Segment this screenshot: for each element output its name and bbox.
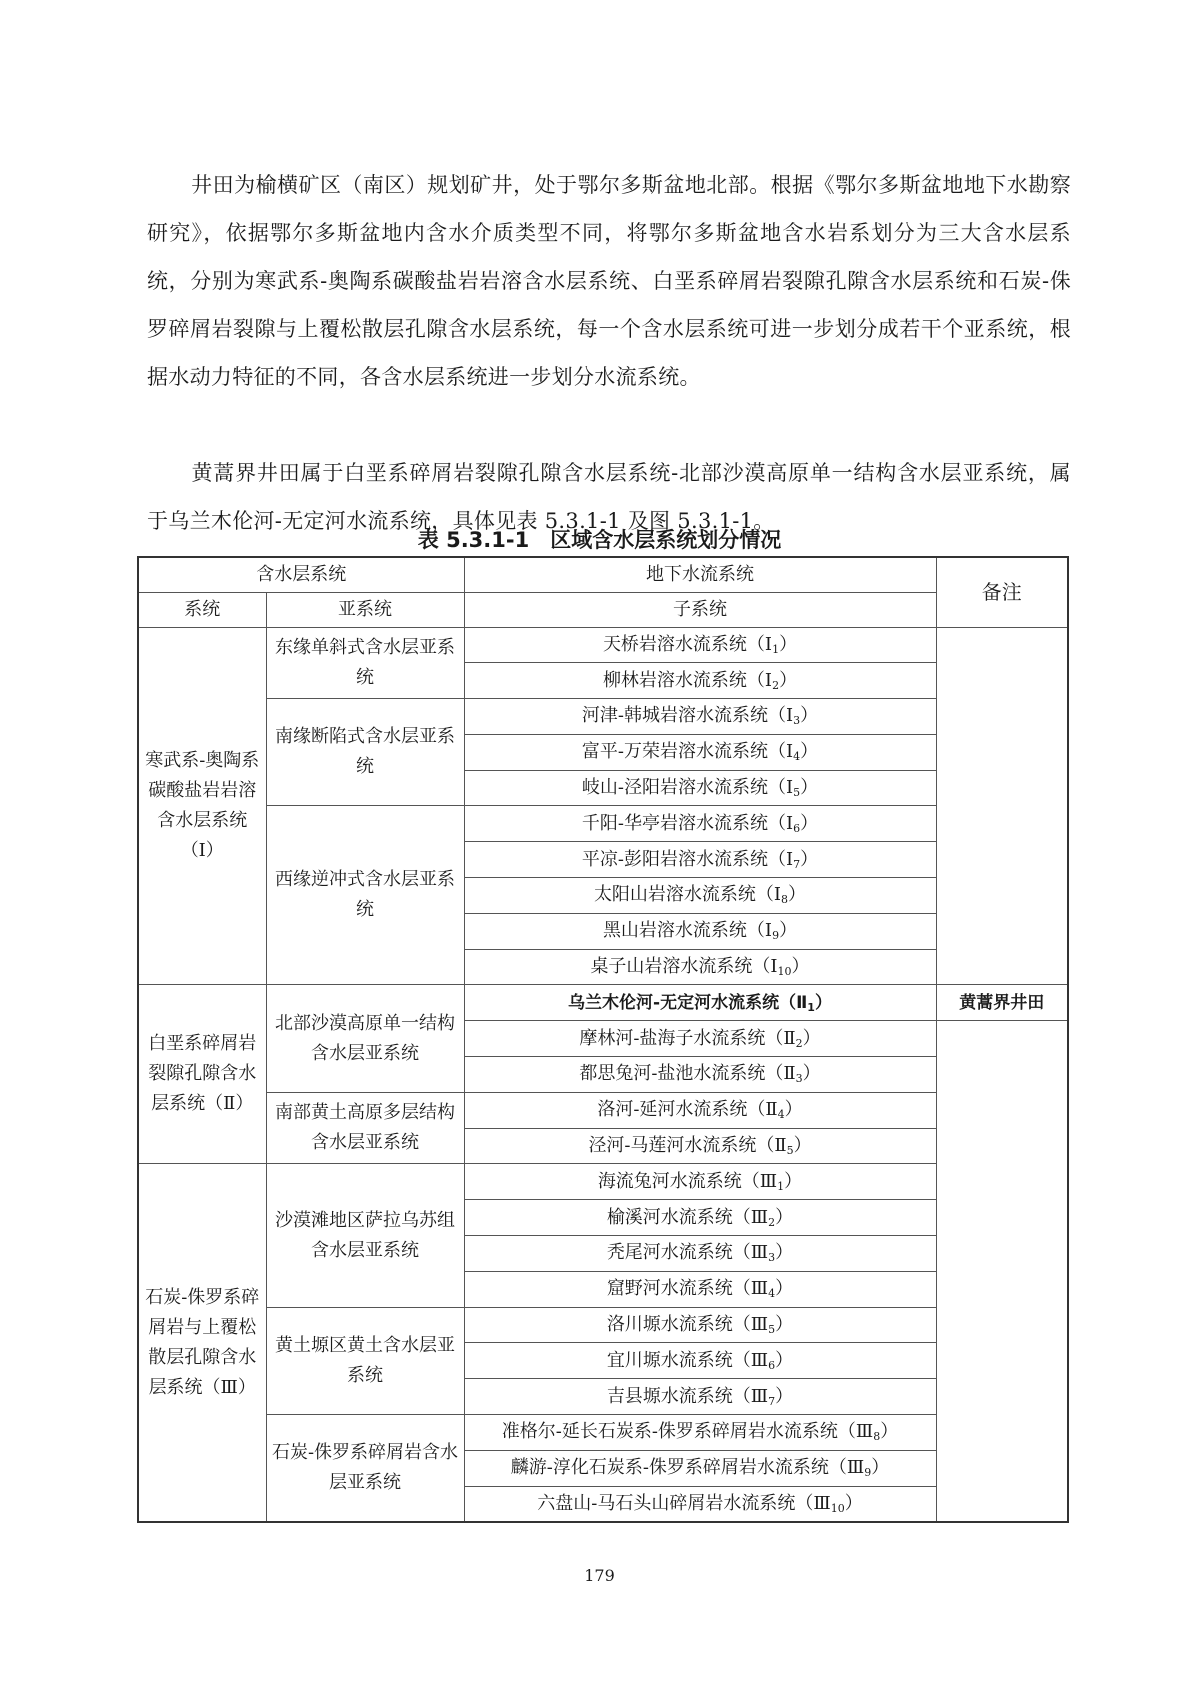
flow-system-index: 3 bbox=[796, 1072, 803, 1085]
aquifer-system-table: 含水层系统 地下水流系统 备注 系统 亚系统 子系统 寒武系-奥陶系碳酸盐岩岩溶… bbox=[137, 556, 1069, 1523]
flow-system-cell: 准格尔-延长石炭系-侏罗系碎屑岩水流系统（Ⅲ8） bbox=[464, 1415, 936, 1451]
flow-system-close: ） bbox=[800, 705, 818, 726]
subsystem-cell: 北部沙漠高原单一结构含水层亚系统 bbox=[266, 985, 464, 1092]
header-aquifer-system: 含水层系统 bbox=[138, 557, 464, 592]
flow-system-cell: 洛河-延河水流系统（Ⅱ4） bbox=[464, 1092, 936, 1128]
flow-system-close: ） bbox=[880, 1421, 898, 1442]
table-row: 西缘逆冲式含水层亚系统千阳-华亭岩溶水流系统（Ⅰ6） bbox=[138, 806, 1068, 842]
paragraph-1: 井田为榆横矿区（南区）规划矿井，处于鄂尔多斯盆地北部。根据《鄂尔多斯盆地地下水勘… bbox=[147, 161, 1071, 401]
flow-system-close: ） bbox=[792, 956, 810, 977]
system-cell: 寒武系-奥陶系碳酸盐岩岩溶含水层系统（Ⅰ） bbox=[138, 627, 266, 985]
flow-system-name: 乌兰木伦河-无定河水流系统（Ⅱ bbox=[568, 993, 807, 1013]
flow-system-name: 洛河-延河水流系统（Ⅱ bbox=[597, 1099, 777, 1120]
flow-system-name: 岐山-泾阳岩溶水流系统（Ⅰ bbox=[582, 777, 793, 798]
flow-system-name: 太阳山岩溶水流系统（Ⅰ bbox=[594, 884, 781, 905]
flow-system-name: 千阳-华亭岩溶水流系统（Ⅰ bbox=[582, 813, 793, 834]
flow-system-cell: 岐山-泾阳岩溶水流系统（Ⅰ5） bbox=[464, 770, 936, 806]
flow-system-cell: 柳林岩溶水流系统（Ⅰ2） bbox=[464, 663, 936, 699]
table-row: 南部黄土高原多层结构含水层亚系统洛河-延河水流系统（Ⅱ4） bbox=[138, 1092, 1068, 1128]
flow-system-name: 黑山岩溶水流系统（Ⅰ bbox=[603, 920, 772, 941]
flow-system-index: 10 bbox=[778, 965, 792, 978]
paragraph-2-text: 黄蒿界井田属于白垩系碎屑岩裂隙孔隙含水层系统-北部沙漠高原单一结构含水层亚系统，… bbox=[147, 461, 1071, 533]
table-row: 白垩系碎屑岩裂隙孔隙含水层系统（Ⅱ）北部沙漠高原单一结构含水层亚系统乌兰木伦河-… bbox=[138, 985, 1068, 1021]
flow-system-cell: 摩林河-盐海子水流系统（Ⅱ2） bbox=[464, 1021, 936, 1057]
flow-system-close: ） bbox=[800, 777, 818, 798]
flow-system-close: ） bbox=[794, 1135, 812, 1156]
subsystem-cell: 南部黄土高原多层结构含水层亚系统 bbox=[266, 1092, 464, 1164]
table-row: 南缘断陷式含水层亚系统河津-韩城岩溶水流系统（Ⅰ3） bbox=[138, 699, 1068, 735]
flow-system-name: 平凉-彭阳岩溶水流系统（Ⅰ bbox=[582, 849, 793, 870]
subsystem-cell: 黄土塬区黄土含水层亚系统 bbox=[266, 1307, 464, 1414]
flow-system-index: 10 bbox=[831, 1502, 845, 1515]
flow-system-cell: 桌子山岩溶水流系统（Ⅰ10） bbox=[464, 949, 936, 985]
subsystem-cell: 西缘逆冲式含水层亚系统 bbox=[266, 806, 464, 985]
flow-system-close: ） bbox=[779, 920, 797, 941]
flow-system-name: 天桥岩溶水流系统（Ⅰ bbox=[603, 634, 772, 655]
flow-system-close: ） bbox=[779, 670, 797, 691]
flow-system-cell: 宜川塬水流系统（Ⅲ6） bbox=[464, 1343, 936, 1379]
table-row: 石炭-侏罗系碎屑岩含水层亚系统准格尔-延长石炭系-侏罗系碎屑岩水流系统（Ⅲ8） bbox=[138, 1415, 1068, 1451]
flow-system-index: 9 bbox=[772, 929, 779, 942]
flow-system-close: ） bbox=[784, 1171, 802, 1192]
flow-system-close: ） bbox=[800, 741, 818, 762]
flow-system-close: ） bbox=[775, 1350, 793, 1371]
flow-system-cell: 乌兰木伦河-无定河水流系统（Ⅱ1） bbox=[464, 985, 936, 1021]
header-system: 系统 bbox=[138, 592, 266, 627]
system-cell: 白垩系碎屑岩裂隙孔隙含水层系统（Ⅱ） bbox=[138, 985, 266, 1164]
flow-system-cell: 泾河-马莲河水流系统（Ⅱ5） bbox=[464, 1128, 936, 1164]
flow-system-cell: 麟游-淳化石炭系-侏罗系碎屑岩水流系统（Ⅲ9） bbox=[464, 1450, 936, 1486]
subsystem-cell: 石炭-侏罗系碎屑岩含水层亚系统 bbox=[266, 1415, 464, 1522]
flow-system-index: 1 bbox=[772, 643, 779, 656]
flow-system-cell: 窟野河水流系统（Ⅲ4） bbox=[464, 1271, 936, 1307]
flow-system-cell: 洛川塬水流系统（Ⅲ5） bbox=[464, 1307, 936, 1343]
flow-system-name: 摩林河-盐海子水流系统（Ⅱ bbox=[579, 1028, 795, 1049]
table-row: 寒武系-奥陶系碳酸盐岩岩溶含水层系统（Ⅰ）东缘单斜式含水层亚系统天桥岩溶水流系统… bbox=[138, 627, 1068, 663]
flow-system-name: 秃尾河水流系统（Ⅲ bbox=[607, 1242, 768, 1263]
flow-system-cell: 吉县塬水流系统（Ⅲ7） bbox=[464, 1379, 936, 1415]
flow-system-cell: 天桥岩溶水流系统（Ⅰ1） bbox=[464, 627, 936, 663]
flow-system-index: 1 bbox=[807, 1001, 815, 1014]
flow-system-close: ） bbox=[775, 1278, 793, 1299]
flow-system-close: ） bbox=[775, 1314, 793, 1335]
flow-system-name: 桌子山岩溶水流系统（Ⅰ bbox=[590, 956, 777, 977]
page-number: 179 bbox=[0, 1566, 1199, 1585]
subsystem-cell: 南缘断陷式含水层亚系统 bbox=[266, 699, 464, 806]
flow-system-close: ） bbox=[803, 1028, 821, 1049]
header-remarks: 备注 bbox=[936, 557, 1068, 627]
flow-system-name: 准格尔-延长石炭系-侏罗系碎屑岩水流系统（Ⅲ bbox=[502, 1421, 874, 1442]
table-row: 黄土塬区黄土含水层亚系统洛川塬水流系统（Ⅲ5） bbox=[138, 1307, 1068, 1343]
flow-system-name: 洛川塬水流系统（Ⅲ bbox=[607, 1314, 768, 1335]
flow-system-close: ） bbox=[815, 993, 832, 1013]
flow-system-close: ） bbox=[871, 1457, 889, 1478]
flow-system-cell: 千阳-华亭岩溶水流系统（Ⅰ6） bbox=[464, 806, 936, 842]
table-body: 寒武系-奥陶系碳酸盐岩岩溶含水层系统（Ⅰ）东缘单斜式含水层亚系统天桥岩溶水流系统… bbox=[138, 627, 1068, 1522]
subsystem-cell: 沙漠滩地区萨拉乌苏组含水层亚系统 bbox=[266, 1164, 464, 1307]
flow-system-name: 六盘山-马石头山碎屑岩水流系统（Ⅲ bbox=[537, 1493, 830, 1514]
flow-system-name: 河津-韩城岩溶水流系统（Ⅰ bbox=[582, 705, 793, 726]
header-subsystem: 亚系统 bbox=[266, 592, 464, 627]
flow-system-cell: 太阳山岩溶水流系统（Ⅰ8） bbox=[464, 878, 936, 914]
remark-cell-empty bbox=[936, 1021, 1068, 1522]
flow-system-close: ） bbox=[775, 1242, 793, 1263]
flow-system-cell: 富平-万荣岩溶水流系统（Ⅰ4） bbox=[464, 734, 936, 770]
flow-system-cell: 河津-韩城岩溶水流系统（Ⅰ3） bbox=[464, 699, 936, 735]
header-child-system: 子系统 bbox=[464, 592, 936, 627]
flow-system-name: 吉县塬水流系统（Ⅲ bbox=[607, 1386, 768, 1407]
flow-system-cell: 黑山岩溶水流系统（Ⅰ9） bbox=[464, 913, 936, 949]
table-row: 石炭-侏罗系碎屑岩与上覆松散层孔隙含水层系统（Ⅲ）沙漠滩地区萨拉乌苏组含水层亚系… bbox=[138, 1164, 1068, 1200]
flow-system-name: 榆溪河水流系统（Ⅲ bbox=[607, 1207, 768, 1228]
paragraph-1-text: 井田为榆横矿区（南区）规划矿井，处于鄂尔多斯盆地北部。根据《鄂尔多斯盆地地下水勘… bbox=[147, 173, 1071, 389]
flow-system-name: 麟游-淳化石炭系-侏罗系碎屑岩水流系统（Ⅲ bbox=[511, 1457, 865, 1478]
flow-system-index: 2 bbox=[772, 679, 779, 692]
flow-system-close: ） bbox=[800, 813, 818, 834]
flow-system-cell: 六盘山-马石头山碎屑岩水流系统（Ⅲ10） bbox=[464, 1486, 936, 1522]
flow-system-name: 窟野河水流系统（Ⅲ bbox=[607, 1278, 768, 1299]
flow-system-name: 泾河-马莲河水流系统（Ⅱ bbox=[588, 1135, 786, 1156]
flow-system-cell: 榆溪河水流系统（Ⅲ2） bbox=[464, 1200, 936, 1236]
remark-cell: 黄蒿界井田 bbox=[936, 985, 1068, 1021]
flow-system-close: ） bbox=[845, 1493, 863, 1514]
flow-system-index: 5 bbox=[787, 1144, 794, 1157]
flow-system-close: ） bbox=[775, 1386, 793, 1407]
remark-cell-empty bbox=[936, 627, 1068, 985]
table-caption: 表 5.3.1-1 区域含水层系统划分情况 bbox=[0, 524, 1199, 554]
flow-system-close: ） bbox=[788, 884, 806, 905]
flow-system-cell: 海流兔河水流系统（Ⅲ1） bbox=[464, 1164, 936, 1200]
subsystem-cell: 东缘单斜式含水层亚系统 bbox=[266, 627, 464, 699]
flow-system-index: 2 bbox=[796, 1037, 803, 1050]
flow-system-cell: 都思兔河-盐池水流系统（Ⅱ3） bbox=[464, 1057, 936, 1093]
flow-system-close: ） bbox=[775, 1207, 793, 1228]
flow-system-name: 柳林岩溶水流系统（Ⅰ bbox=[603, 670, 772, 691]
flow-system-name: 都思兔河-盐池水流系统（Ⅱ bbox=[579, 1063, 795, 1084]
flow-system-index: 8 bbox=[781, 893, 788, 906]
flow-system-name: 富平-万荣岩溶水流系统（Ⅰ bbox=[582, 741, 793, 762]
flow-system-name: 宜川塬水流系统（Ⅲ bbox=[607, 1350, 768, 1371]
flow-system-close: ） bbox=[779, 634, 797, 655]
header-flow-system: 地下水流系统 bbox=[464, 557, 936, 592]
flow-system-name: 海流兔河水流系统（Ⅲ bbox=[598, 1171, 777, 1192]
flow-system-cell: 秃尾河水流系统（Ⅲ3） bbox=[464, 1236, 936, 1272]
flow-system-cell: 平凉-彭阳岩溶水流系统（Ⅰ7） bbox=[464, 842, 936, 878]
system-cell: 石炭-侏罗系碎屑岩与上覆松散层孔隙含水层系统（Ⅲ） bbox=[138, 1164, 266, 1522]
flow-system-index: 4 bbox=[778, 1108, 785, 1121]
flow-system-close: ） bbox=[785, 1099, 803, 1120]
flow-system-close: ） bbox=[803, 1063, 821, 1084]
flow-system-close: ） bbox=[800, 849, 818, 870]
